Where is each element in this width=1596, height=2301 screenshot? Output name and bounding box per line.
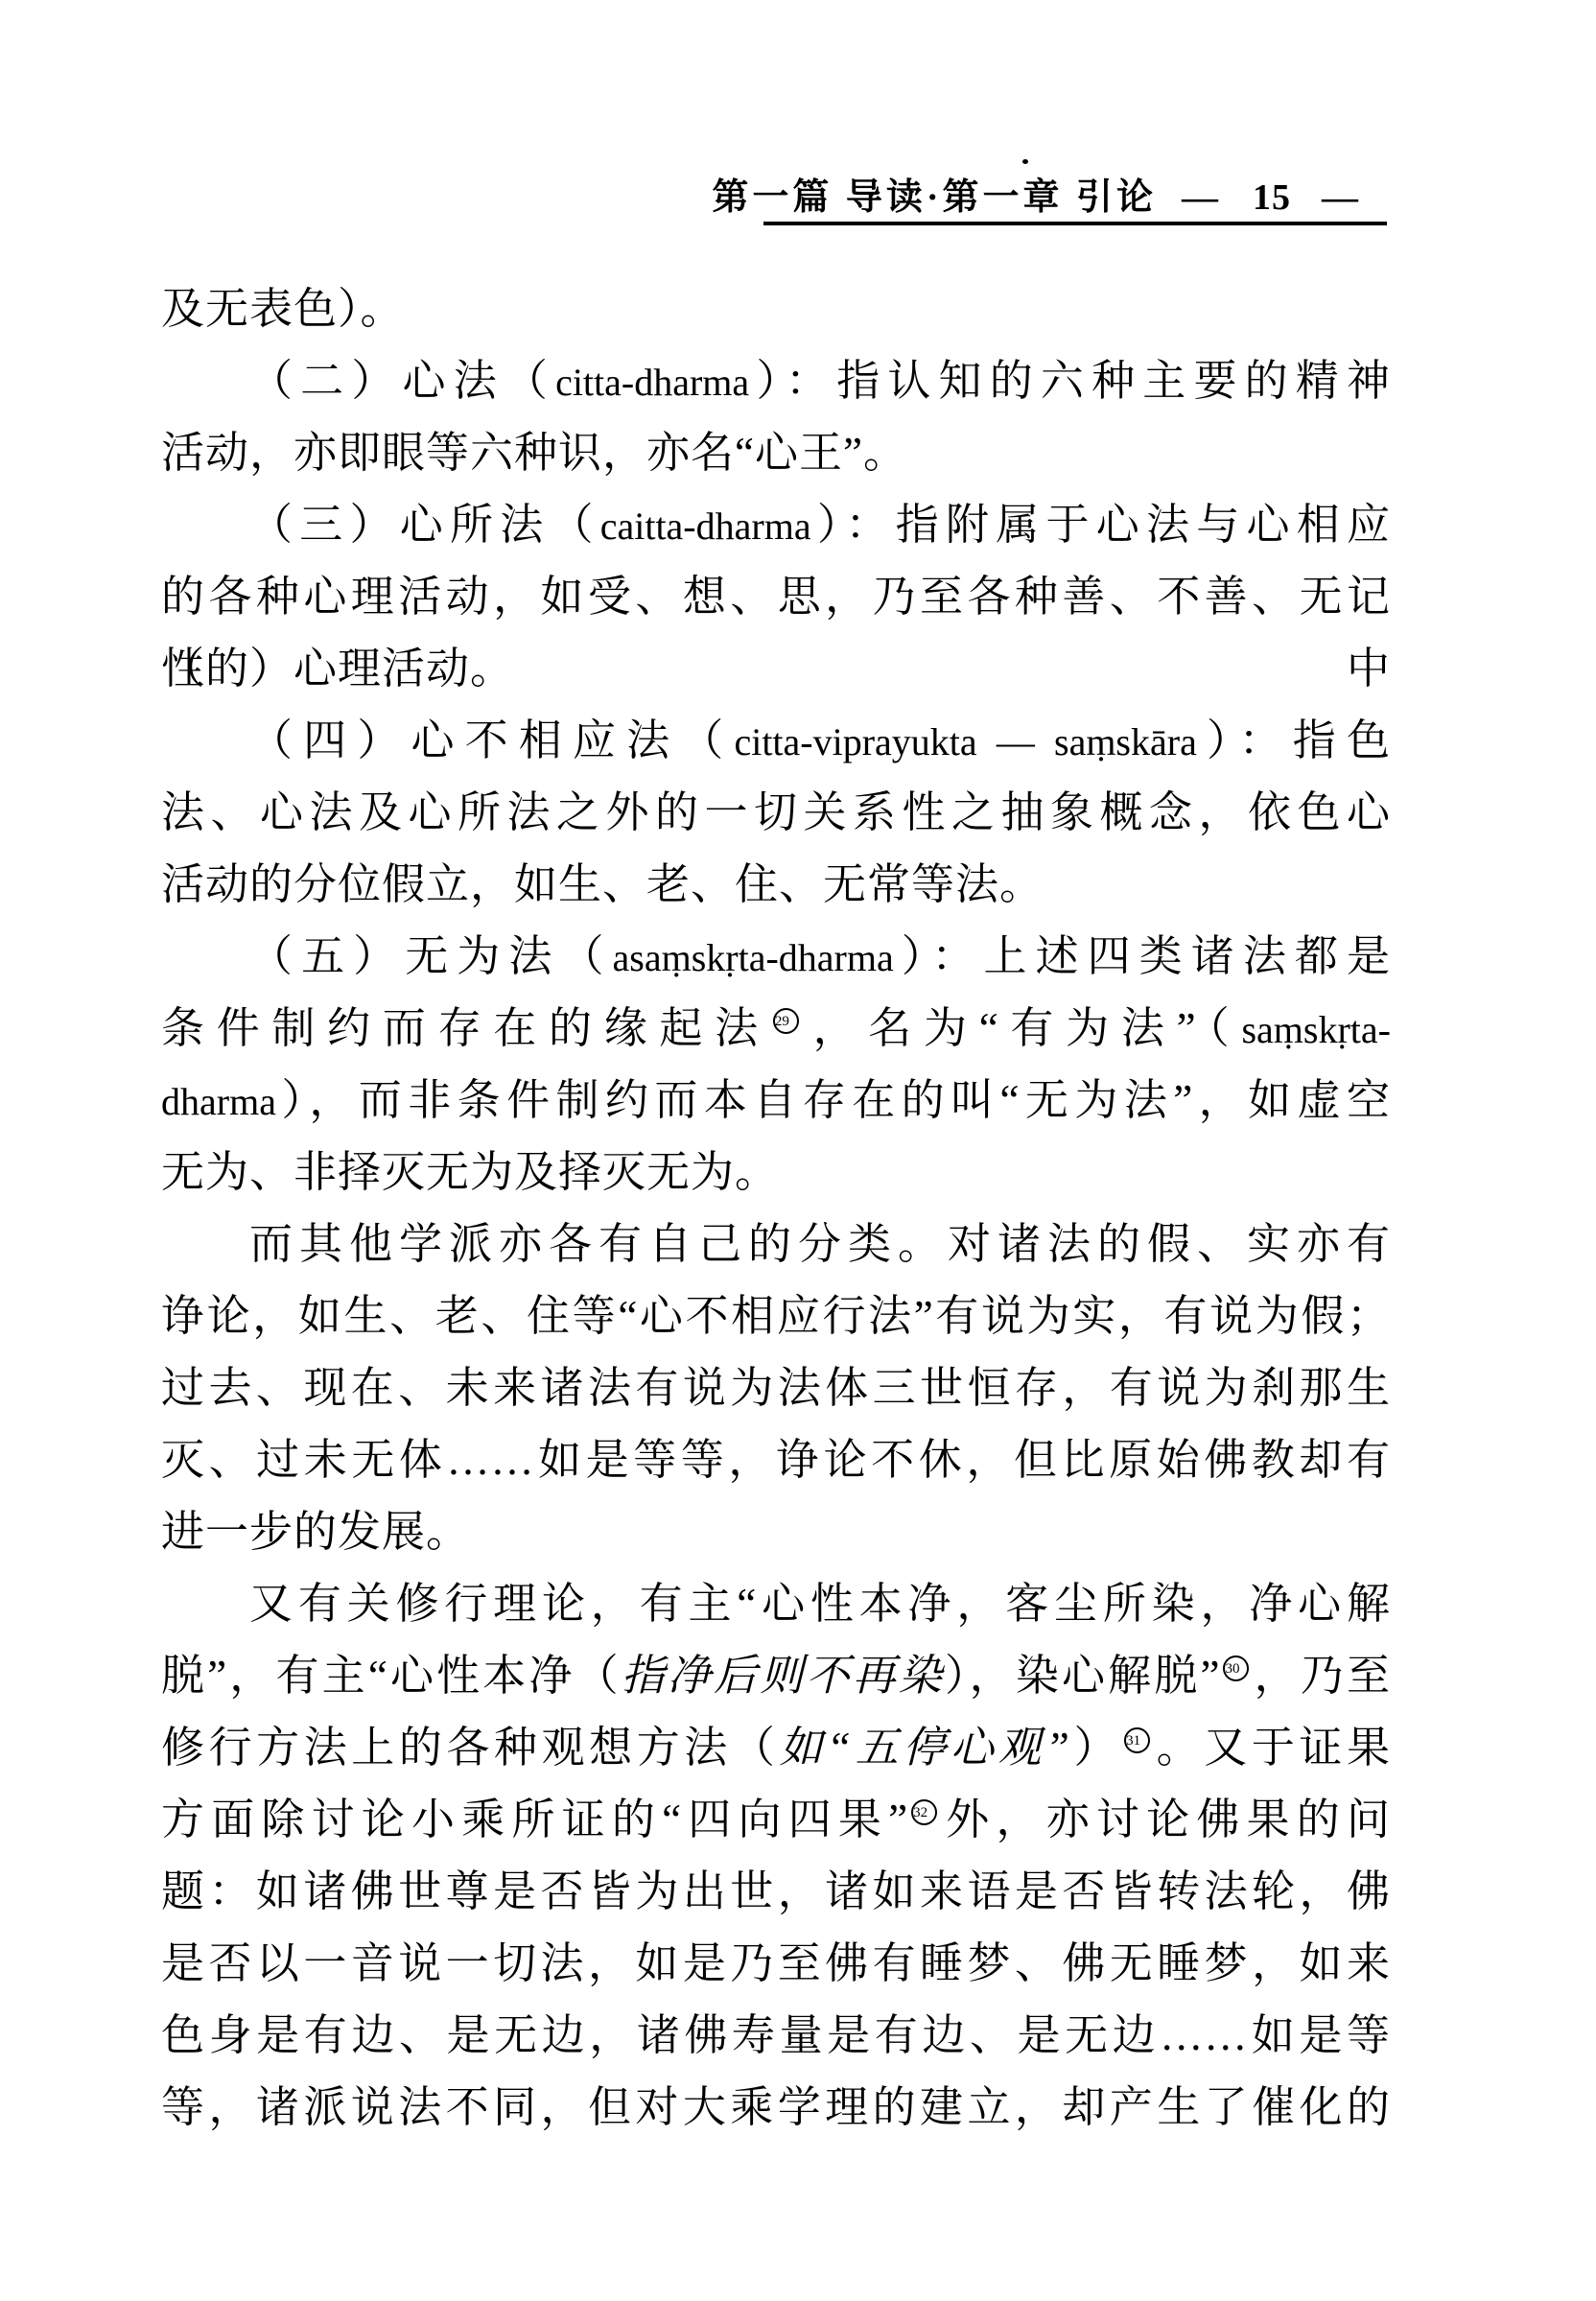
text-line: （四）心不相应法（citta-viprayukta — saṃskāra）：指色 [161,705,1391,777]
text-line: 无为、非择灭无为及择灭无为。 [161,1137,1391,1209]
text-segment: asaṃskṛta-dharma [613,936,894,979]
footnote-ref: 32 [911,1799,937,1825]
text-segment: 。又于证果 [1153,1724,1391,1772]
text-segment: 方面除讨论小乘所证的“四向四果” [161,1796,908,1843]
text-line: 法、心法及心所法之外的一切关系性之抽象概念，依色心 [161,777,1391,849]
text-segment: 性的）心理活动。 [161,645,514,693]
text-segment: ）：指认知的六种主要的精神 [749,357,1391,405]
text-line: 灭、过未无体……如是等等，诤论不休，但比原始佛教却有 [161,1424,1391,1496]
text-segment: citta-dharma [555,361,749,404]
text-line: 题：如诸佛世尊是否皆为出世，诸如来语是否皆转法轮，佛 [161,1856,1391,1928]
text-line: 进一步的发展。 [161,1496,1391,1568]
text-segment: ），而非条件制约而本自存在的叫“无为法”，如虚空 [276,1076,1391,1124]
text-segment: dharma [161,1080,276,1123]
text-segment: ）：指附属于心法与心相应 [811,501,1391,549]
text-segment: （二）心法（ [249,357,555,405]
text-segment: （四）心不相应法（ [249,716,734,764]
scan-speck [1183,1244,1187,1248]
text-segment: 无为、非择灭无为及择灭无为。 [161,1148,779,1196]
text-line: 活动的分位假立，如生、老、住、无常等法。 [161,849,1391,921]
text-line: 活动，亦即眼等六种识，亦名“心王”。 [161,417,1391,489]
text-segment: 过去、现在、未来诸法有说为法体三世恒存，有说为刹那生 [161,1364,1391,1412]
text-segment: 等，诸派说法不同，但对大乘学理的建立，却产生了催化的 [161,2083,1391,2131]
text-segment: 如“五停心观” [779,1724,1070,1772]
text-segment: 活动的分位假立，如生、老、住、无常等法。 [161,860,1044,908]
text-segment: 是否以一音说一切法，如是乃至佛有睡梦、佛无睡梦，如来 [161,1939,1391,1987]
header-rule [763,222,1387,225]
text-line: 脱”，有主“心性本净（指净后则不再染），染心解脱”30，乃至 [161,1640,1391,1712]
running-title: 第一篇 导读·第一章 引论 [712,167,1157,220]
text-line: 修行方法上的各种观想方法（如“五停心观”）31。又于证果 [161,1712,1391,1784]
text-segment: 修行方法上的各种观想方法（ [161,1724,779,1772]
text-segment: 灭、过未无体……如是等等，诤论不休，但比原始佛教却有 [161,1436,1391,1484]
scanned-book-page: 第一篇 导读·第一章 引论 — 15 — 及无表色）。（二）心法（citta-d… [0,0,1596,2301]
running-header: 第一篇 导读·第一章 引论 — 15 — [0,167,1387,220]
text-line: 诤论，如生、老、住等“心不相应行法”有说为实，有说为假； [161,1280,1391,1352]
text-segment: citta-viprayukta — saṃskāra [734,720,1196,763]
text-line: （三）心所法（caitta-dharma）：指附属于心法与心相应 [161,489,1391,561]
page-number: 15 [1253,176,1291,219]
scan-speck [1022,159,1028,164]
text-line: 又有关修行理论，有主“心性本净，客尘所染，净心解 [161,1568,1391,1640]
text-line: 等，诸派说法不同，但对大乘学理的建立，却产生了催化的 [161,2072,1391,2144]
text-line: 方面除讨论小乘所证的“四向四果”32外，亦讨论佛果的问 [161,1784,1391,1856]
text-segment: 外，亦讨论佛果的问 [940,1796,1391,1843]
text-segment: 诤论，如生、老、住等“心不相应行法”有说为实，有说为假； [161,1292,1391,1340]
text-line: 的各种心理活动，如受、想、思，乃至各种善、不善、无记（中 [161,561,1391,633]
text-line: 而其他学派亦各有自己的分类。对诸法的假、实亦有 [161,1209,1391,1280]
text-segment: ） [1070,1724,1121,1772]
footnote-ref: 29 [773,1008,799,1034]
text-segment: 又有关修行理论，有主“心性本净，客尘所染，净心解 [249,1580,1391,1628]
text-segment: 而其他学派亦各有自己的分类。对诸法的假、实亦有 [249,1220,1391,1268]
footnote-ref: 31 [1124,1727,1150,1753]
footnote-ref: 30 [1223,1655,1249,1681]
text-segment: ，乃至 [1252,1652,1391,1700]
text-segment: 法、心法及心所法之外的一切关系性之抽象概念，依色心 [161,788,1391,836]
text-line: 条件制约而存在的缘起法29，名为“有为法”（saṃskṛta- [161,993,1391,1065]
text-line: 过去、现在、未来诸法有说为法体三世恒存，有说为刹那生 [161,1352,1391,1424]
text-segment: saṃskṛta- [1241,1008,1391,1051]
text-segment: 脱”，有主“心性本净（ [161,1652,622,1700]
text-line: dharma），而非条件制约而本自存在的叫“无为法”，如虚空 [161,1065,1391,1137]
text-segment: 条件制约而存在的缘起法 [161,1004,770,1052]
text-segment: 活动，亦即眼等六种识，亦名“心王”。 [161,429,907,477]
text-body: 及无表色）。（二）心法（citta-dharma）：指认知的六种主要的精神活动，… [161,273,1391,2144]
text-segment: （五）无为法（ [249,932,613,980]
text-segment: 色身是有边、是无边，诸佛寿量是有边、是无边……如是等 [161,2011,1391,2059]
page-number-dash-right: — [1322,176,1362,219]
text-segment: caitta-dharma [600,505,811,548]
text-line: （五）无为法（asaṃskṛta-dharma）：上述四类诸法都是 [161,921,1391,993]
text-segment: （三）心所法（ [249,501,600,549]
text-segment: ，名为“有为法”（ [802,1004,1242,1052]
text-segment: 进一步的发展。 [161,1508,470,1556]
text-line: （二）心法（citta-dharma）：指认知的六种主要的精神 [161,345,1391,417]
text-segment: 指净后则不再染 [622,1652,945,1700]
text-line: 色身是有边、是无边，诸佛寿量是有边、是无边……如是等 [161,2000,1391,2072]
text-segment: 题：如诸佛世尊是否皆为出世，诸如来语是否皆转法轮，佛 [161,1867,1391,1915]
text-segment: ）：指色 [1197,716,1391,764]
page-number-dash-left: — [1182,176,1222,219]
text-line: 及无表色）。 [161,273,1391,345]
text-segment: ），染心解脱” [945,1652,1220,1700]
text-line: 是否以一音说一切法，如是乃至佛有睡梦、佛无睡梦，如来 [161,1928,1391,2000]
text-segment: ）：上述四类诸法都是 [894,932,1391,980]
text-segment: 及无表色）。 [161,285,405,333]
